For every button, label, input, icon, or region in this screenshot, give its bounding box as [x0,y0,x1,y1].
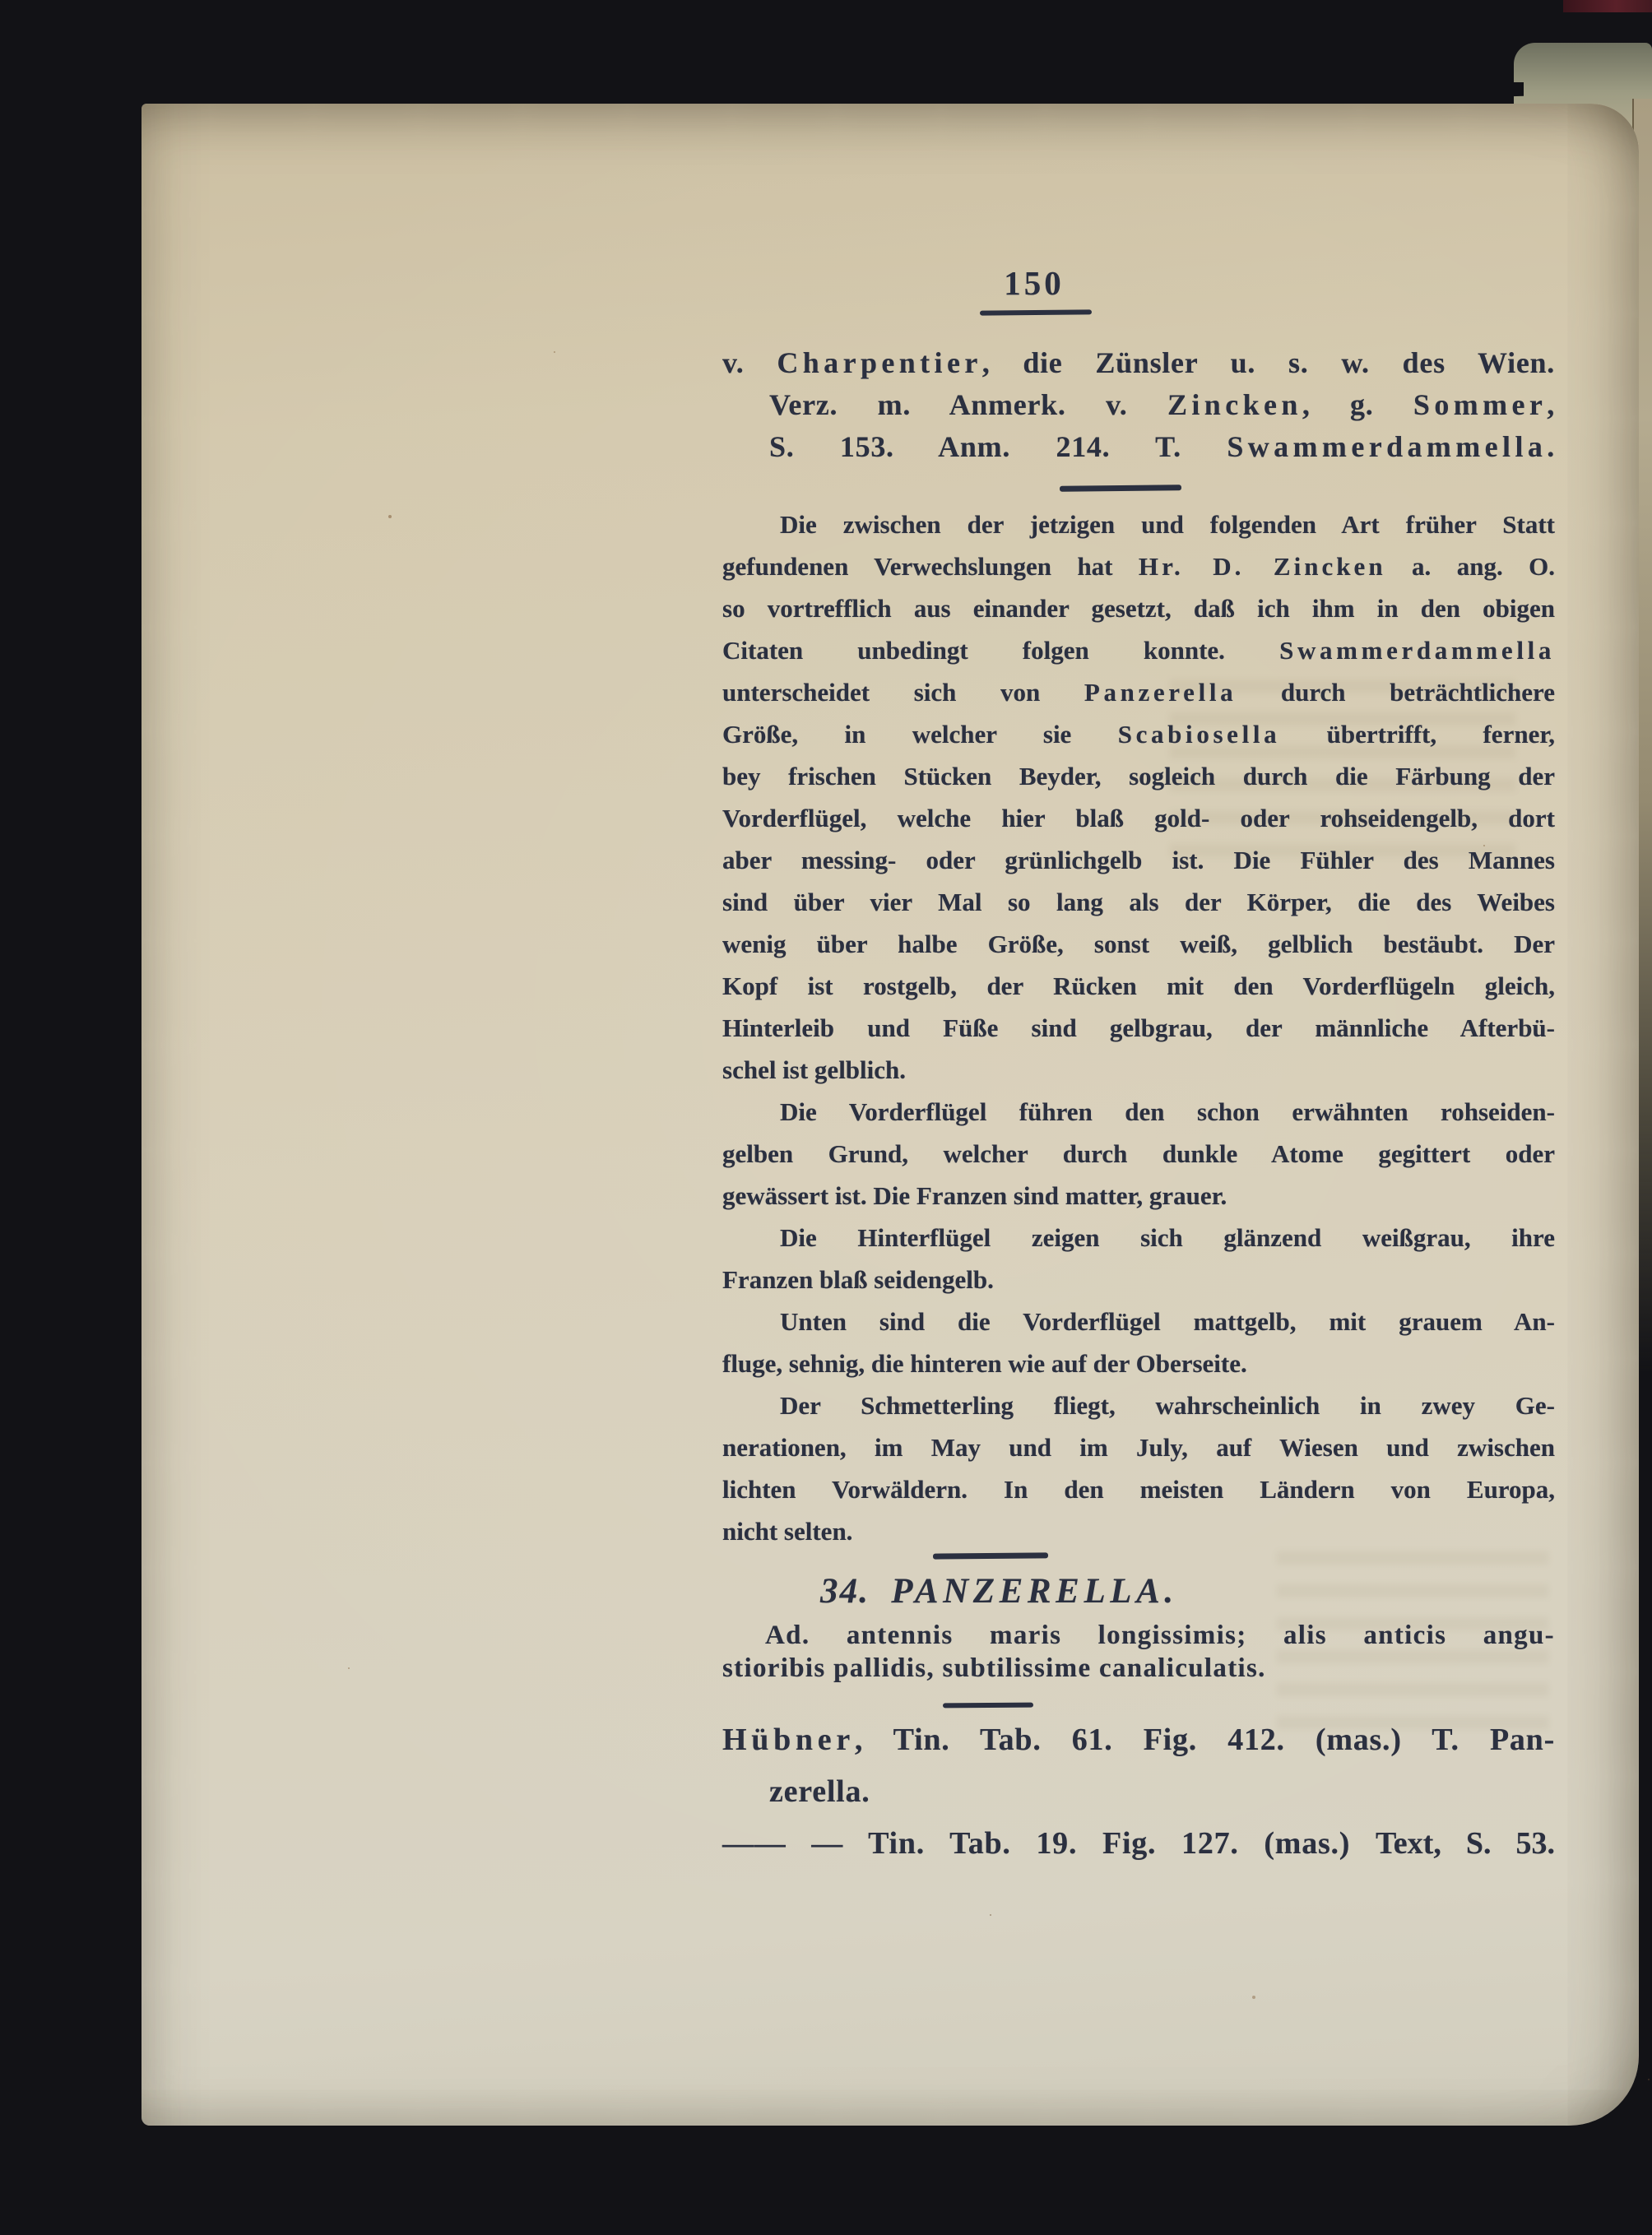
text-line: gefundenen Verwechslungen hat Hr. D. Zin… [722,545,1555,587]
fraktur-text: gewässert ist. Die Franzen sind matter, … [722,1181,1227,1210]
text-line: Hinterleib und Füße sind gelbgrau, der m… [722,1007,1555,1049]
text-line: nerationen, im May und im July, auf Wies… [722,1426,1555,1468]
paragraph: Die Hinterflügel zeigen sich glänzend we… [722,1217,1555,1301]
fraktur-text: schel ist gelblich. [722,1055,906,1084]
scan-background: 150 v. Charpentier, die Zünsler u. s. w.… [0,0,1652,2235]
fraktur-text: Der Schmetterling fliegt, wahrscheinlich… [780,1391,1555,1420]
antiqua-text: —— — Tin. Tab. 19. Fig. 127. (mas.) [722,1826,1376,1861]
antiqua-text: Charpentier [777,346,981,379]
paper-specks [388,515,392,518]
antiqua-text: , die Zünsler u. s. w. des Wien. [982,346,1555,379]
text-line: Die zwischen der jetzigen und folgenden … [722,503,1555,545]
antiqua-text: Swammerdammella [1227,430,1547,463]
fraktur-text: fluge, sehnig, die hinteren wie auf der … [722,1349,1247,1378]
fraktur-text: Hinterleib und Füße sind gelbgrau, der m… [722,1013,1555,1042]
text-line: wenig über halbe Größe, sonst weiß, gelb… [722,923,1555,965]
text-line: Größe, in welcher sie Scabiosella übertr… [722,713,1555,755]
fraktur-text: aber messing- oder grünlichgelb ist. Die… [722,846,1555,874]
text-line: schel ist gelblich. [722,1049,1555,1091]
text-line: Franzen blaß seidengelb. [722,1259,1555,1301]
antiqua-text: Swammerdammella [1279,636,1555,665]
text-line: Die Vorderflügel führen den schon erwähn… [722,1091,1555,1133]
fraktur-text: sind über vier Mal so lang als der Körpe… [722,888,1555,916]
text-line: Citaten unbedingt folgen konnte. Swammer… [722,629,1555,671]
antiqua-text: Sommer [1413,388,1547,421]
species-heading: 34.PANZERELLA. [820,1571,1178,1611]
fraktur-text: wenig über halbe Größe, sonst weiß, gelb… [722,930,1555,958]
section-rule [943,1703,1033,1709]
text-line: Kopf ist rostgelb, der Rücken mit den Vo… [722,965,1555,1007]
text-line: nicht selten. [722,1510,1555,1552]
book-page: 150 v. Charpentier, die Zünsler u. s. w.… [142,104,1639,2126]
reference-block: Hübner, Tin. Tab. 61. Fig. 412. (mas.) T… [722,1714,1555,1870]
fraktur-text: gelben Grund, welcher durch dunkle Atome… [722,1139,1555,1168]
text-line: bey frischen Stücken Beyder, sogleich du… [722,755,1555,797]
fraktur-text: a. ang. O. [1386,552,1555,581]
fraktur-text: gefundenen Verwechslungen hat [722,552,1139,581]
antiqua-text: , [1547,388,1555,421]
text-line: Vorderflügel, welche hier blaß gold- ode… [722,797,1555,839]
page-number: 150 [931,263,1137,303]
fraktur-text: Text, S. 53. [1376,1826,1555,1861]
text-line: aber messing- oder grünlichgelb ist. Die… [722,839,1555,881]
fraktur-text: lichten Vorwäldern. In den meisten Lände… [722,1475,1555,1504]
fraktur-text: übertrifft, ferner, [1280,720,1555,749]
paragraph: Der Schmetterling fliegt, wahrscheinlich… [722,1384,1555,1552]
antiqua-text: zerella. [769,1774,870,1809]
text-line: v. Charpentier, die Zünsler u. s. w. des… [722,342,1555,384]
fraktur-text: Unten sind die Vorderflügel mattgelb, mi… [780,1307,1555,1336]
species-name: PANZERELLA. [891,1572,1178,1611]
paragraph: Die zwischen der jetzigen und folgenden … [722,503,1555,1091]
description-paragraphs: Die zwischen der jetzigen und folgenden … [722,503,1555,1552]
text-line: gelben Grund, welcher durch dunkle Atome… [722,1133,1555,1175]
antiqua-text: Verz. m. Anmerk. v. [769,388,1167,421]
book-cover-sliver [1563,0,1652,12]
fraktur-text: nerationen, im May und im July, auf Wies… [722,1433,1555,1462]
species-number: 34. [820,1572,870,1611]
text-line: so vortrefflich aus einander gesetzt, da… [722,587,1555,629]
fraktur-text: unterscheidet sich von [722,678,1084,707]
section-rule [1060,485,1181,492]
text-line: gewässert ist. Die Franzen sind matter, … [722,1175,1555,1217]
text-line: sind über vier Mal so lang als der Körpe… [722,881,1555,923]
fraktur-text: Franzen blaß seidengelb. [722,1265,994,1294]
paragraph: Unten sind die Vorderflügel mattgelb, mi… [722,1301,1555,1384]
antiqua-text: Scabiosella [1118,720,1281,749]
antiqua-text: . [1547,430,1555,463]
fraktur-text: Citaten unbedingt folgen konnte. [722,636,1279,665]
text-line: zerella. [722,1766,1555,1818]
antiqua-text: v. [722,346,777,379]
antiqua-text: Panzerella [1084,678,1237,707]
text-line: Die Hinterflügel zeigen sich glänzend we… [722,1217,1555,1259]
text-line: Der Schmetterling fliegt, wahrscheinlich… [722,1384,1555,1426]
antiqua-text: Ad. antennis maris longissimis; alis ant… [765,1621,1555,1650]
text-line: Unten sind die Vorderflügel mattgelb, mi… [722,1301,1555,1342]
text-line: lichten Vorwäldern. In den meisten Lände… [722,1468,1555,1510]
section-rule [933,1552,1048,1559]
text-line: Hübner, Tin. Tab. 61. Fig. 412. (mas.) T… [722,1714,1555,1766]
text-line: —— — Tin. Tab. 19. Fig. 127. (mas.) Text… [722,1818,1555,1870]
text-line: unterscheidet sich von Panzerella durch … [722,671,1555,713]
fraktur-text: Die zwischen der jetzigen und folgenden … [780,510,1555,539]
text-line: stioribis pallidis, subtilissime canalic… [722,1652,1555,1685]
fraktur-text: Die Vorderflügel führen den schon erwähn… [780,1097,1555,1126]
antiqua-text: stioribis pallidis, subtilissime canalic… [722,1653,1266,1683]
fraktur-text: nicht selten. [722,1517,852,1546]
text-line: Verz. m. Anmerk. v. Zincken, g. Sommer, [722,384,1555,426]
fraktur-text: Die Hinterflügel zeigen sich glänzend we… [780,1223,1555,1252]
fraktur-text: so vortrefflich aus einander gesetzt, da… [722,594,1555,623]
page-number-rule [980,309,1092,315]
latin-diagnosis: Ad. antennis maris longissimis; alis ant… [722,1619,1555,1685]
text-line: Ad. antennis maris longissimis; alis ant… [722,1619,1555,1652]
paragraph: Die Vorderflügel führen den schon erwähn… [722,1091,1555,1217]
fraktur-text: Vorderflügel, welche hier blaß gold- ode… [722,804,1555,832]
antiqua-text: S. 153. Anm. 214. T. [769,430,1227,463]
fraktur-text: bey frischen Stücken Beyder, sogleich du… [722,762,1555,791]
antiqua-text: , Tin. Tab. 61. Fig. 412. (mas.) T. Pan- [855,1723,1555,1757]
antiqua-text: , g. [1302,388,1413,421]
fraktur-text: Größe, in welcher sie [722,720,1118,749]
antiqua-text: Zincken [1167,388,1302,421]
fraktur-text: Hr. D. Zincken [1139,552,1386,581]
text-line: S. 153. Anm. 214. T. Swammerdammella. [722,426,1555,468]
antiqua-text: Hübner [722,1723,855,1757]
fraktur-text: Kopf ist rostgelb, der Rücken mit den Vo… [722,971,1555,1000]
citation-block: v. Charpentier, die Zünsler u. s. w. des… [722,342,1555,468]
fraktur-text: durch beträchtlichere [1237,678,1555,707]
text-line: fluge, sehnig, die hinteren wie auf der … [722,1342,1555,1384]
